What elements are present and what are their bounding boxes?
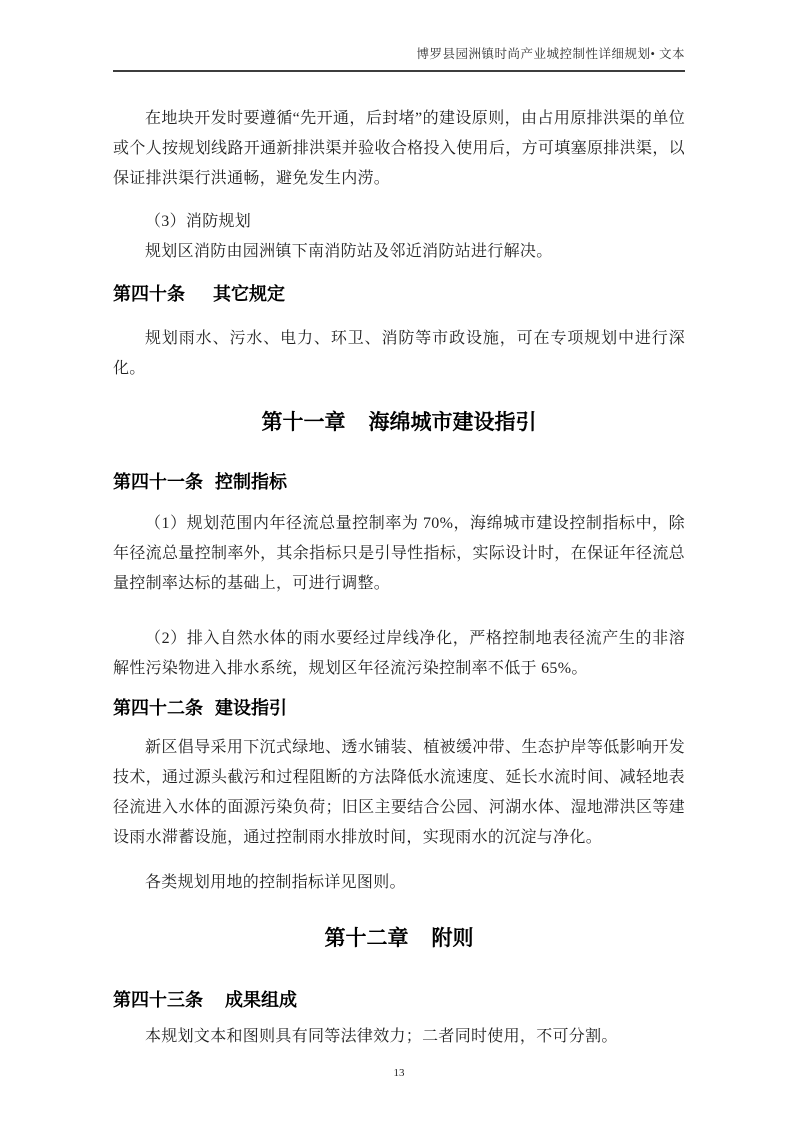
article-42-number: 第四十二条 <box>113 698 203 718</box>
article-43-number: 第四十三条 <box>113 990 203 1010</box>
page-footer: 13 <box>113 1066 685 1081</box>
article-41-heading: 第四十一条控制指标 <box>113 469 685 495</box>
page-content: 在地块开发时要遵循“先开通，后封堵”的建设原则，由占用原排洪渠的单位或个人按规划… <box>113 104 685 1081</box>
paragraph-runoff-control-2: （2）排入自然水体的雨水要经过岸线净化，严格控制地表径流产生的非溶解性污染物进入… <box>113 624 685 684</box>
article-40-title: 其它规定 <box>213 284 285 304</box>
chapter-12-title: 附则 <box>432 927 474 950</box>
header-title: 博罗县园洲镇时尚产业城控制性详细规划• 文本 <box>113 46 685 63</box>
paragraph-control-indicators-reference: 各类规划用地的控制指标详见图则。 <box>113 868 685 898</box>
article-41-title: 控制指标 <box>215 472 287 492</box>
chapter-12-heading: 第十二章附则 <box>113 924 685 954</box>
article-42-heading: 第四十二条建设指引 <box>113 695 685 721</box>
article-41-number: 第四十一条 <box>113 472 203 492</box>
article-40-number: 第四十条 <box>113 284 185 304</box>
chapter-11-title: 海绵城市建设指引 <box>369 411 537 434</box>
page-header: 博罗县园洲镇时尚产业城控制性详细规划• 文本 <box>113 0 685 72</box>
paragraph-legal-effect: 本规划文本和图则具有同等法律效力；二者同时使用，不可分割。 <box>113 1022 685 1052</box>
document-page: 博罗县园洲镇时尚产业城控制性详细规划• 文本 在地块开发时要遵循“先开通，后封堵… <box>0 0 793 1122</box>
paragraph-drainage-principle: 在地块开发时要遵循“先开通，后封堵”的建设原则，由占用原排洪渠的单位或个人按规划… <box>113 104 685 194</box>
paragraph-runoff-control-1: （1）规划范围内年径流总量控制率为 70%，海绵城市建设控制指标中，除年径流总量… <box>113 509 685 599</box>
paragraph-fire-planning: 规划区消防由园洲镇下南消防站及邻近消防站进行解决。 <box>113 237 685 267</box>
article-40-heading: 第四十条其它规定 <box>113 281 685 307</box>
paragraph-municipal-facilities: 规划雨水、污水、电力、环卫、消防等市政设施，可在专项规划中进行深化。 <box>113 324 685 384</box>
paragraph-fire-planning-label: （3）消防规划 <box>113 207 685 237</box>
chapter-12-number: 第十二章 <box>325 927 409 950</box>
article-43-heading: 第四十三条成果组成 <box>113 987 685 1013</box>
page-number: 13 <box>113 1066 685 1081</box>
article-42-title: 建设指引 <box>215 698 287 718</box>
article-43-title: 成果组成 <box>225 990 297 1010</box>
chapter-11-heading: 第十一章海绵城市建设指引 <box>113 408 685 438</box>
paragraph-low-impact-development: 新区倡导采用下沉式绿地、透水铺装、植被缓冲带、生态护岸等低影响开发技术，通过源头… <box>113 733 685 853</box>
chapter-11-number: 第十一章 <box>262 411 346 434</box>
